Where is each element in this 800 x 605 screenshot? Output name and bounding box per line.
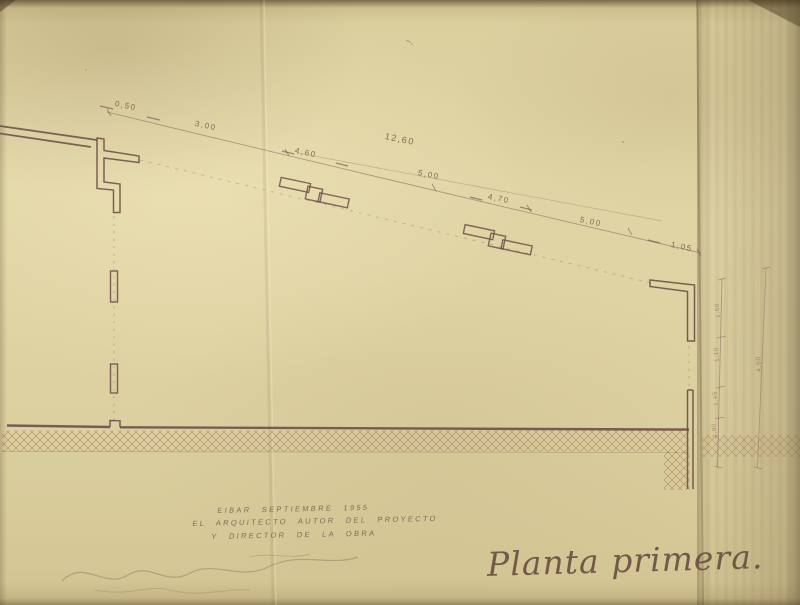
- window-detail-a: [278, 177, 351, 207]
- dust-specks: [85, 43, 624, 143]
- dimension-label: 4,50: [755, 356, 763, 372]
- signature-scribble: [62, 554, 358, 593]
- hatch-footing: [2, 431, 800, 491]
- photographed-plan-sheet: 0,50 3,00 4,60 5,00 4,70 5,00 1,05 12,60…: [0, 0, 800, 605]
- wall-left-piers: [111, 216, 118, 420]
- paper-creases: [261, 0, 703, 605]
- dimension-chain-line: [100, 106, 701, 256]
- wall-top-left: [0, 126, 139, 213]
- stray-mark: [406, 40, 411, 43]
- facade-axis-dashed: [140, 160, 651, 283]
- plan-title: Planta primera.: [487, 537, 764, 584]
- wall-bottom: [7, 421, 689, 430]
